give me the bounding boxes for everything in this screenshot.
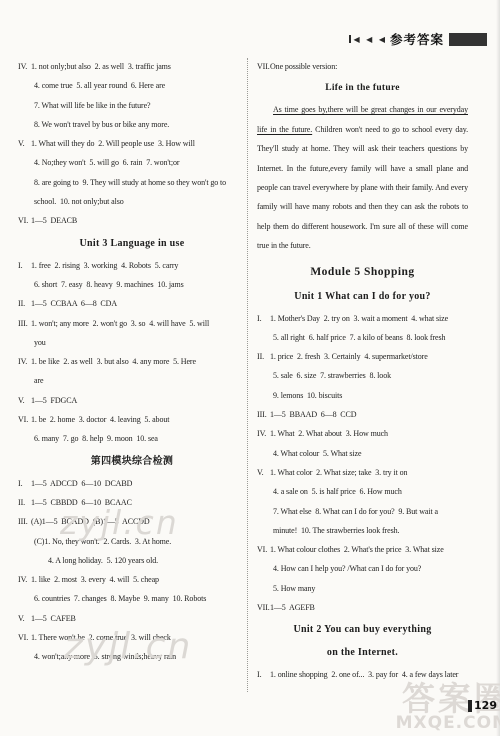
answer-line: VII.One possible version: bbox=[257, 57, 468, 76]
answer-line: 5. all right 6. half price 7. a kilo of … bbox=[257, 328, 468, 347]
answer-line: IV.1. like 2. most 3. every 4. will 5. c… bbox=[18, 570, 246, 589]
answer-line: 6. many 7. go 8. help 9. moon 10. sea bbox=[18, 429, 246, 448]
answer-text: 1. What will they do 2. Will people use … bbox=[31, 139, 195, 148]
answer-text: One possible version: bbox=[270, 62, 337, 71]
watermark-site-text: MXQE.COM bbox=[396, 715, 500, 732]
roman-numeral-marker: I. bbox=[257, 309, 261, 328]
roman-numeral-marker: IV. bbox=[257, 424, 266, 443]
answer-text: 8. are going to 9. They will study at ho… bbox=[34, 178, 226, 187]
answer-text: minute! 10. The strawberries look fresh. bbox=[273, 526, 399, 535]
answer-text: are bbox=[34, 376, 43, 385]
column-divider bbox=[247, 58, 248, 692]
essay-body-text: Children won't need to go to school ever… bbox=[257, 125, 468, 250]
answer-line: 4. What colour 5. What size bbox=[257, 444, 468, 463]
answer-text: 7. What else 8. What can I do for you? 9… bbox=[273, 507, 438, 516]
answer-line: I.1. Mother's Day 2. try on 3. wait a mo… bbox=[257, 309, 468, 328]
answer-line: IV.1. be like 2. as well 3. but also 4. … bbox=[18, 352, 246, 371]
answer-line: 7. What will life be like in the future? bbox=[18, 96, 246, 115]
answer-line: 5. How many bbox=[257, 579, 468, 598]
answer-text: 1. free 2. rising 3. working 4. Robots 5… bbox=[31, 261, 178, 270]
section-heading: Unit 1 What can I do for you? bbox=[257, 286, 468, 307]
answer-line: 4. How can I help you? /What can I do fo… bbox=[257, 559, 468, 578]
answer-line: 8. We won't travel by bus or bike any mo… bbox=[18, 115, 246, 134]
answer-text: 1. price 2. fresh 3. Certainly 4. superm… bbox=[270, 352, 428, 361]
answer-line: IV.1. What 2. What about 3. How much bbox=[257, 424, 468, 443]
answer-text: 1. Mother's Day 2. try on 3. wait a mome… bbox=[270, 314, 448, 323]
skip-back-icon bbox=[349, 35, 351, 43]
scan-edge-shade bbox=[496, 0, 500, 736]
answer-line: 8. are going to 9. They will study at ho… bbox=[18, 173, 246, 192]
answer-line: V.1. What will they do 2. Will people us… bbox=[18, 134, 246, 153]
answer-line: II.1—5 CBBDD 6—10 BCAAC bbox=[18, 493, 246, 512]
roman-numeral-marker: II. bbox=[257, 347, 264, 366]
answer-line: 4. won't;any more 5. strong winds;heavy … bbox=[18, 647, 246, 666]
answer-line: 9. lemons 10. biscuits bbox=[257, 386, 468, 405]
roman-numeral-marker: VII. bbox=[257, 598, 270, 617]
answer-line: III.(A)1—5 BCADD (B)1—5 ACCDD bbox=[18, 512, 246, 531]
roman-numeral-marker: VI. bbox=[18, 628, 28, 647]
page-header: ◀ ◀ ◀ 参考答案 bbox=[349, 30, 487, 48]
answer-line: VI.1. What colour clothes 2. What's the … bbox=[257, 540, 468, 559]
section-heading: 第四模块综合检测 bbox=[18, 451, 246, 472]
answer-line: I.1. online shopping 2. one of... 3. pay… bbox=[257, 665, 468, 684]
roman-numeral-marker: II. bbox=[18, 294, 25, 313]
roman-numeral-marker: VI. bbox=[18, 211, 28, 230]
answer-text: 1. online shopping 2. one of... 3. pay f… bbox=[270, 670, 458, 679]
answer-text: 1—5 ADCCD 6—10 DCABD bbox=[31, 479, 132, 488]
section-heading: Module 5 Shopping bbox=[257, 260, 468, 284]
answer-line: I.1—5 ADCCD 6—10 DCABD bbox=[18, 474, 246, 493]
answer-text: 1. be like 2. as well 3. but also 4. any… bbox=[31, 357, 196, 366]
section-heading: Life in the future bbox=[257, 78, 468, 98]
answer-text: 6. many 7. go 8. help 9. moon 10. sea bbox=[34, 434, 158, 443]
answer-text: 5. sale 6. size 7. strawberries 8. look bbox=[273, 371, 391, 380]
roman-numeral-marker: VI. bbox=[18, 410, 28, 429]
answer-text: 1. What colour clothes 2. What's the pri… bbox=[270, 545, 444, 554]
answer-text: 1—5 AGEFB bbox=[270, 603, 315, 612]
answer-line: 4. No;they won't 5. will go 6. rain 7. w… bbox=[18, 153, 246, 172]
answer-line: I.1. free 2. rising 3. working 4. Robots… bbox=[18, 256, 246, 275]
answer-line: 4. A long holiday. 5. 120 years old. bbox=[18, 551, 246, 570]
answer-text: 1. There won't be 2. come true 3. will c… bbox=[31, 633, 171, 642]
page-number: 129 bbox=[468, 699, 497, 712]
answer-text: 1—5 CCBAA 6—8 CDA bbox=[31, 299, 117, 308]
answer-text: 1—5 DEACB bbox=[31, 216, 77, 225]
answer-line: II.1. price 2. fresh 3. Certainly 4. sup… bbox=[257, 347, 468, 366]
answer-line: minute! 10. The strawberries look fresh. bbox=[257, 521, 468, 540]
answer-text: 8. We won't travel by bus or bike any mo… bbox=[34, 120, 169, 129]
answer-line: IV.1. not only;but also 2. as well 3. tr… bbox=[18, 57, 246, 76]
roman-numeral-marker: III. bbox=[18, 512, 28, 531]
roman-numeral-marker: IV. bbox=[18, 57, 27, 76]
answer-line: II.1—5 CCBAA 6—8 CDA bbox=[18, 294, 246, 313]
roman-numeral-marker: III. bbox=[18, 314, 28, 333]
answer-text: 1—5 FDGCA bbox=[31, 396, 77, 405]
answer-text: you bbox=[34, 338, 46, 347]
section-heading: Unit 3 Language in use bbox=[18, 233, 246, 254]
left-column: IV.1. not only;but also 2. as well 3. tr… bbox=[18, 57, 246, 667]
answer-text: 1. not only;but also 2. as well 3. traff… bbox=[31, 62, 171, 71]
roman-numeral-marker: VI. bbox=[257, 540, 267, 559]
answer-text: 6. short 7. easy 8. heavy 9. machines 10… bbox=[34, 280, 184, 289]
answer-text: 1—5 CBBDD 6—10 BCAAC bbox=[31, 498, 132, 507]
answer-line: 5. sale 6. size 7. strawberries 8. look bbox=[257, 366, 468, 385]
answer-text: 4. What colour 5. What size bbox=[273, 449, 361, 458]
essay-paragraph: As time goes by,there will be great chan… bbox=[257, 100, 468, 255]
answer-text: 5. How many bbox=[273, 584, 315, 593]
right-column: VII.One possible version:Life in the fut… bbox=[257, 57, 468, 685]
roman-numeral-marker: IV. bbox=[18, 570, 27, 589]
answer-line: 6. countries 7. changes 8. Maybe 9. many… bbox=[18, 589, 246, 608]
answer-text: 6. countries 7. changes 8. Maybe 9. many… bbox=[34, 594, 206, 603]
answer-line: VII.1—5 AGEFB bbox=[257, 598, 468, 617]
answer-text: 4. come true 5. all year round 6. Here a… bbox=[34, 81, 165, 90]
back-arrows-icon: ◀ ◀ ◀ bbox=[353, 35, 387, 44]
answer-text: 5. all right 6. half price 7. a kilo of … bbox=[273, 333, 445, 342]
answer-line: school. 10. not only;but also bbox=[18, 192, 246, 211]
answer-line: III.1. won't; any more 2. won't go 3. so… bbox=[18, 314, 246, 333]
answer-line: are bbox=[18, 371, 246, 390]
answer-text: 9. lemons 10. biscuits bbox=[273, 391, 342, 400]
answer-line: VI.1—5 DEACB bbox=[18, 211, 246, 230]
answer-text: 4. How can I help you? /What can I do fo… bbox=[273, 564, 421, 573]
answer-line: 6. short 7. easy 8. heavy 9. machines 10… bbox=[18, 275, 246, 294]
answer-line: VI.1. be 2. home 3. doctor 4. leaving 5.… bbox=[18, 410, 246, 429]
answer-text: 7. What will life be like in the future? bbox=[34, 101, 150, 110]
section-heading: on the Internet. bbox=[257, 642, 468, 663]
page-number-bar bbox=[468, 700, 472, 712]
answer-text: 4. a sale on 5. is half price 6. How muc… bbox=[273, 487, 402, 496]
answer-line: 4. a sale on 5. is half price 6. How muc… bbox=[257, 482, 468, 501]
answer-text: 1. like 2. most 3. every 4. will 5. chea… bbox=[31, 575, 159, 584]
page-number-value: 129 bbox=[474, 699, 497, 712]
roman-numeral-marker: V. bbox=[18, 609, 25, 628]
answer-line: V.1—5 CAFEB bbox=[18, 609, 246, 628]
answer-line: 7. What else 8. What can I do for you? 9… bbox=[257, 502, 468, 521]
answer-line: you bbox=[18, 333, 246, 352]
answer-text: 4. No;they won't 5. will go 6. rain 7. w… bbox=[34, 158, 179, 167]
section-heading: Unit 2 You can buy everything bbox=[257, 619, 468, 640]
answer-line: III.1—5 BBAAD 6—8 CCD bbox=[257, 405, 468, 424]
answer-line: V.1. What color 2. What size; take 3. tr… bbox=[257, 463, 468, 482]
answer-text: 4. A long holiday. 5. 120 years old. bbox=[48, 556, 158, 565]
roman-numeral-marker: V. bbox=[18, 391, 25, 410]
answer-text: 1. won't; any more 2. won't go 3. so 4. … bbox=[31, 319, 209, 328]
answer-text: 1. be 2. home 3. doctor 4. leaving 5. ab… bbox=[31, 415, 169, 424]
roman-numeral-marker: V. bbox=[257, 463, 264, 482]
answer-text: school. 10. not only;but also bbox=[34, 197, 124, 206]
roman-numeral-marker: I. bbox=[257, 665, 261, 684]
roman-numeral-marker: II. bbox=[18, 493, 25, 512]
roman-numeral-marker: VII. bbox=[257, 57, 270, 76]
answer-line: 4. come true 5. all year round 6. Here a… bbox=[18, 76, 246, 95]
answer-line: VI.1. There won't be 2. come true 3. wil… bbox=[18, 628, 246, 647]
page-title: 参考答案 bbox=[390, 30, 444, 48]
header-black-block bbox=[449, 33, 487, 46]
answer-text: 1. What color 2. What size; take 3. try … bbox=[270, 468, 407, 477]
roman-numeral-marker: I. bbox=[18, 474, 22, 493]
answer-text: 1—5 CAFEB bbox=[31, 614, 76, 623]
answer-text: 1—5 BBAAD 6—8 CCD bbox=[270, 410, 356, 419]
answer-line: (C)1. No, they won't. 2. Cards. 3. At ho… bbox=[18, 532, 246, 551]
roman-numeral-marker: III. bbox=[257, 405, 267, 424]
answer-text: 4. won't;any more 5. strong winds;heavy … bbox=[34, 652, 176, 661]
answer-text: 1. What 2. What about 3. How much bbox=[270, 429, 388, 438]
answer-text: (C)1. No, they won't. 2. Cards. 3. At ho… bbox=[34, 537, 171, 546]
answer-text: (A)1—5 BCADD (B)1—5 ACCDD bbox=[31, 517, 150, 526]
roman-numeral-marker: I. bbox=[18, 256, 22, 275]
answer-line: V.1—5 FDGCA bbox=[18, 391, 246, 410]
roman-numeral-marker: V. bbox=[18, 134, 25, 153]
roman-numeral-marker: IV. bbox=[18, 352, 27, 371]
